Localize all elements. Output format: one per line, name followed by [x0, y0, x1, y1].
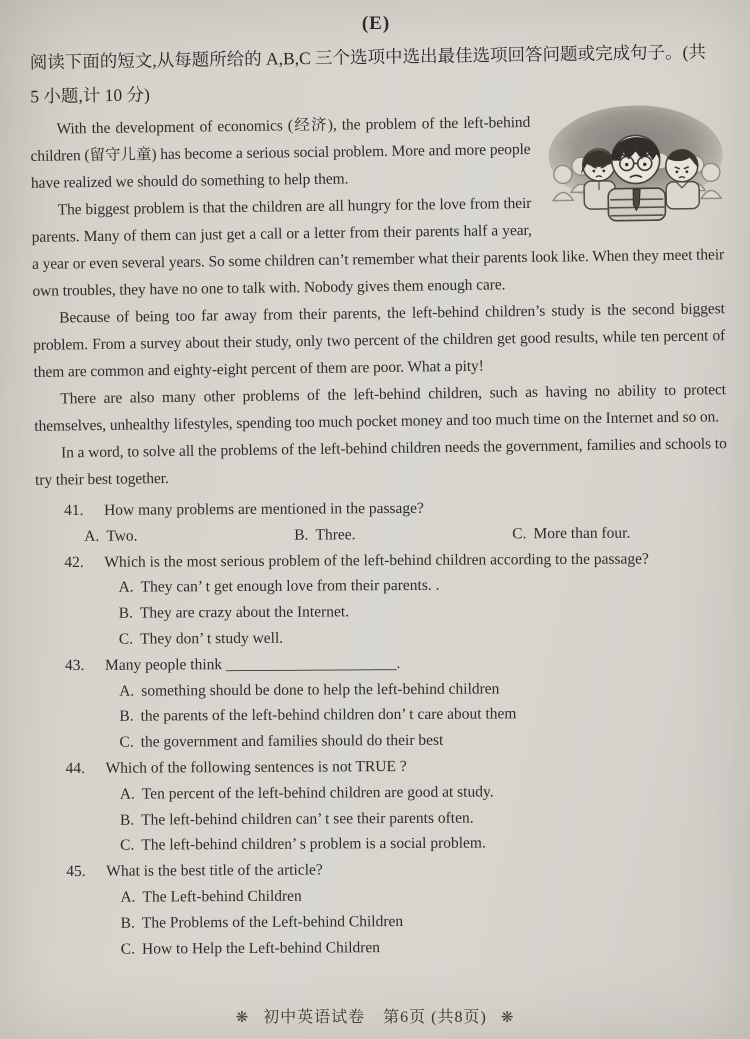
question-41-options: A.Two. B.Three. C.More than four.	[30, 520, 722, 550]
footer-page-number: 第6页 (共8页)	[383, 1009, 487, 1026]
option-label: C.	[121, 940, 135, 957]
option-a: A.Two.	[84, 522, 294, 549]
question-42: 42.Which is the most serious problem of …	[30, 546, 722, 576]
option-text: They don’ t study well.	[140, 630, 283, 648]
reading-passage: With the development of economics (经济), …	[30, 106, 727, 494]
question-text: Many people think ______________________…	[105, 655, 400, 674]
option-label: C.	[119, 631, 133, 648]
questions-section: 41.How many problems are mentioned in th…	[30, 494, 725, 963]
option-text: They are crazy about the Internet.	[140, 604, 349, 622]
option-label: B.	[120, 811, 134, 828]
page-content: (E) 阅读下面的短文,从每题所给的 A,B,C 三个选项中选出最佳选项回答问题…	[0, 0, 750, 1039]
option-text: The Left-behind Children	[142, 888, 301, 906]
option-text: The Problems of the Left-behind Children	[142, 913, 403, 932]
option-text: the parents of the left-behind children …	[141, 706, 517, 725]
question-number: 41.	[64, 498, 94, 524]
option-text: Three.	[315, 526, 355, 543]
option-text: They can’ t get enough love from their p…	[141, 577, 440, 596]
section-label: (E)	[30, 12, 722, 36]
option-label: C.	[119, 734, 133, 751]
question-number: 45.	[66, 859, 96, 885]
option-label: B.	[294, 526, 308, 543]
option-text: More than four.	[533, 524, 630, 542]
option-label: C.	[512, 525, 526, 542]
question-number: 43.	[65, 653, 95, 679]
option-text: something should be done to help the lef…	[141, 680, 499, 699]
option-text: The left-behind children can’ t see thei…	[141, 809, 473, 828]
option-label: A.	[119, 682, 134, 699]
scanned-exam-page: (E) 阅读下面的短文,从每题所给的 A,B,C 三个选项中选出最佳选项回答问题…	[0, 0, 750, 1039]
question-number: 44.	[66, 756, 96, 782]
option-label: C.	[120, 837, 134, 854]
option-label: A.	[120, 889, 135, 906]
instructions-block: 阅读下面的短文,从每题所给的 A,B,C 三个选项中选出最佳选项回答问题或完成句…	[30, 34, 723, 113]
option-label: B.	[119, 605, 133, 622]
footer-title: 初中英语试卷	[263, 1009, 365, 1026]
passage-paragraph: Because of being too far away from their…	[33, 295, 726, 386]
option-text: The left-behind children’ s problem is a…	[141, 835, 486, 854]
option-label: A.	[118, 579, 133, 596]
flower-ornament-icon: ❋	[236, 1008, 250, 1026]
option-label: A.	[120, 785, 135, 802]
passage-paragraph: In a word, to solve all the problems of …	[35, 430, 728, 494]
option-label: B.	[119, 708, 133, 725]
question-text: Which is the most serious problem of the…	[104, 550, 649, 570]
option-label: B.	[121, 914, 135, 931]
question-45-option-c: C.How to Help the Left-behind Children	[33, 933, 725, 963]
option-text: Two.	[106, 527, 137, 544]
illustration-left-behind-children	[544, 102, 728, 223]
question-text: How many problems are mentioned in the p…	[104, 500, 424, 519]
question-number: 42.	[64, 549, 94, 575]
option-text: Ten percent of the left-behind children …	[142, 783, 494, 802]
flower-ornament-icon: ❋	[501, 1008, 515, 1026]
question-text: What is the best title of the article?	[106, 862, 323, 880]
option-label: A.	[84, 528, 99, 545]
passage-paragraph: There are also many other problems of th…	[34, 376, 727, 440]
children-cartoon-drawing	[544, 102, 728, 223]
option-c: C.More than four.	[512, 520, 722, 547]
question-text: Which of the following sentences is not …	[106, 758, 407, 777]
page-footer: ❋初中英语试卷第6页 (共8页)❋	[0, 1004, 750, 1027]
option-text: the government and families should do th…	[141, 732, 444, 751]
option-text: How to Help the Left-behind Children	[142, 939, 380, 957]
option-b: B.Three.	[294, 521, 512, 548]
